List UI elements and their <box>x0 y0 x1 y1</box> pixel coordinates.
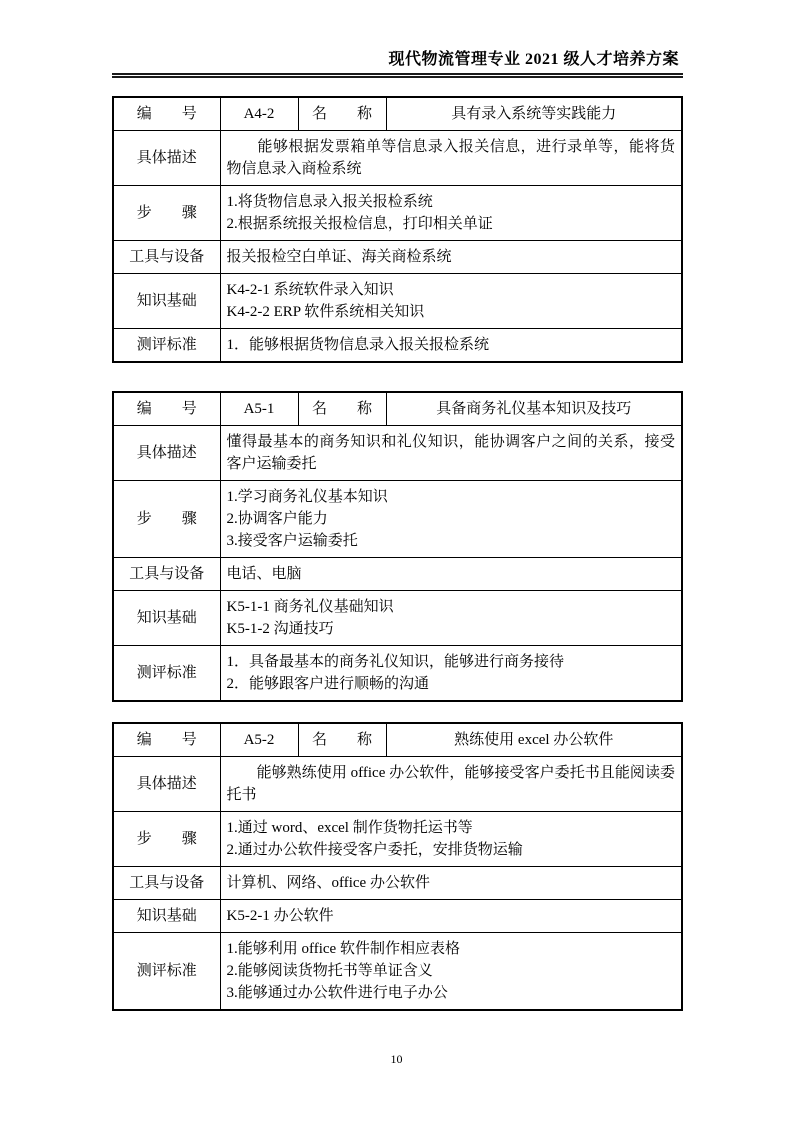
row-label: 具体描述 <box>113 426 220 481</box>
code-label: 编 号 <box>113 723 220 757</box>
row-label: 具体描述 <box>113 757 220 812</box>
row-label: 测评标准 <box>113 933 220 1011</box>
row-content: 1．能够根据货物信息录入报关报检系统 <box>220 329 682 363</box>
row-label: 工具与设备 <box>113 558 220 591</box>
name-value: 熟练使用 excel 办公软件 <box>386 723 682 757</box>
row-content: 1.学习商务礼仪基本知识 2.协调客户能力 3.接受客户运输委托 <box>220 481 682 558</box>
row-label: 知识基础 <box>113 591 220 646</box>
table-row: 编 号 A5-1 名 称 具备商务礼仪基本知识及技巧 <box>113 392 682 426</box>
competency-table-a5-1: 编 号 A5-1 名 称 具备商务礼仪基本知识及技巧 具体描述 懂得最基本的商务… <box>112 391 683 702</box>
name-value: 具有录入系统等实践能力 <box>386 97 682 131</box>
name-label: 名 称 <box>298 392 386 426</box>
row-label: 测评标准 <box>113 646 220 702</box>
row-label: 知识基础 <box>113 900 220 933</box>
row-content: 1.将货物信息录入报关报检系统 2.根据系统报关报检信息，打印相关单证 <box>220 186 682 241</box>
row-label: 测评标准 <box>113 329 220 363</box>
table-row: 步 骤 1.学习商务礼仪基本知识 2.协调客户能力 3.接受客户运输委托 <box>113 481 682 558</box>
name-label: 名 称 <box>298 97 386 131</box>
table-row: 具体描述 懂得最基本的商务知识和礼仪知识，能协调客户之间的关系，接受客户运输委托 <box>113 426 682 481</box>
row-content: K5-1-1 商务礼仪基础知识 K5-1-2 沟通技巧 <box>220 591 682 646</box>
code-value: A4-2 <box>220 97 298 131</box>
table-row: 具体描述 能够根据发票箱单等信息录入报关信息，进行录单等，能将货物信息录入商检系… <box>113 131 682 186</box>
code-label: 编 号 <box>113 392 220 426</box>
table-row: 编 号 A5-2 名 称 熟练使用 excel 办公软件 <box>113 723 682 757</box>
table-row: 知识基础 K5-1-1 商务礼仪基础知识 K5-1-2 沟通技巧 <box>113 591 682 646</box>
table-row: 测评标准 1.能够利用 office 软件制作相应表格 2.能够阅读货物托书等单… <box>113 933 682 1011</box>
row-label: 具体描述 <box>113 131 220 186</box>
row-label: 知识基础 <box>113 274 220 329</box>
table-row: 工具与设备 计算机、网络、office 办公软件 <box>113 867 682 900</box>
row-label: 步 骤 <box>113 481 220 558</box>
name-value: 具备商务礼仪基本知识及技巧 <box>386 392 682 426</box>
row-content: 能够熟练使用 office 办公软件，能够接受客户委托书且能阅读委托书 <box>220 757 682 812</box>
code-value: A5-2 <box>220 723 298 757</box>
row-content: 1.通过 word、excel 制作货物托运书等 2.通过办公软件接受客户委托，… <box>220 812 682 867</box>
page-header: 现代物流管理专业 2021 级人才培养方案 <box>112 0 683 78</box>
document-page: 现代物流管理专业 2021 级人才培养方案 编 号 A4-2 名 称 具有录入系… <box>0 0 793 1122</box>
table-row: 步 骤 1.通过 word、excel 制作货物托运书等 2.通过办公软件接受客… <box>113 812 682 867</box>
row-content: K5-2-1 办公软件 <box>220 900 682 933</box>
row-label: 步 骤 <box>113 186 220 241</box>
header-double-rule <box>112 73 683 78</box>
row-content: 1．具备最基本的商务礼仪知识，能够进行商务接待 2．能够跟客户进行顺畅的沟通 <box>220 646 682 702</box>
row-content: 懂得最基本的商务知识和礼仪知识，能协调客户之间的关系，接受客户运输委托 <box>220 426 682 481</box>
table-row: 测评标准 1．能够根据货物信息录入报关报检系统 <box>113 329 682 363</box>
page-title: 现代物流管理专业 2021 级人才培养方案 <box>112 50 683 70</box>
row-content: 计算机、网络、office 办公软件 <box>220 867 682 900</box>
row-content: 电话、电脑 <box>220 558 682 591</box>
table-row: 编 号 A4-2 名 称 具有录入系统等实践能力 <box>113 97 682 131</box>
table-row: 工具与设备 电话、电脑 <box>113 558 682 591</box>
page-number: 10 <box>0 1052 793 1067</box>
row-content: K4-2-1 系统软件录入知识 K4-2-2 ERP 软件系统相关知识 <box>220 274 682 329</box>
row-content: 能够根据发票箱单等信息录入报关信息，进行录单等，能将货物信息录入商检系统 <box>220 131 682 186</box>
row-label: 步 骤 <box>113 812 220 867</box>
table-row: 工具与设备 报关报检空白单证、海关商检系统 <box>113 241 682 274</box>
code-value: A5-1 <box>220 392 298 426</box>
page-content: 现代物流管理专业 2021 级人才培养方案 编 号 A4-2 名 称 具有录入系… <box>112 0 683 1011</box>
row-content: 报关报检空白单证、海关商检系统 <box>220 241 682 274</box>
table-row: 步 骤 1.将货物信息录入报关报检系统 2.根据系统报关报检信息，打印相关单证 <box>113 186 682 241</box>
name-label: 名 称 <box>298 723 386 757</box>
table-row: 测评标准 1．具备最基本的商务礼仪知识，能够进行商务接待 2．能够跟客户进行顺畅… <box>113 646 682 702</box>
competency-table-a4-2: 编 号 A4-2 名 称 具有录入系统等实践能力 具体描述 能够根据发票箱单等信… <box>112 96 683 363</box>
competency-table-a5-2: 编 号 A5-2 名 称 熟练使用 excel 办公软件 具体描述 能够熟练使用… <box>112 722 683 1011</box>
row-content: 1.能够利用 office 软件制作相应表格 2.能够阅读货物托书等单证含义 3… <box>220 933 682 1011</box>
row-label: 工具与设备 <box>113 867 220 900</box>
row-label: 工具与设备 <box>113 241 220 274</box>
table-row: 具体描述 能够熟练使用 office 办公软件，能够接受客户委托书且能阅读委托书 <box>113 757 682 812</box>
code-label: 编 号 <box>113 97 220 131</box>
table-row: 知识基础 K5-2-1 办公软件 <box>113 900 682 933</box>
table-row: 知识基础 K4-2-1 系统软件录入知识 K4-2-2 ERP 软件系统相关知识 <box>113 274 682 329</box>
